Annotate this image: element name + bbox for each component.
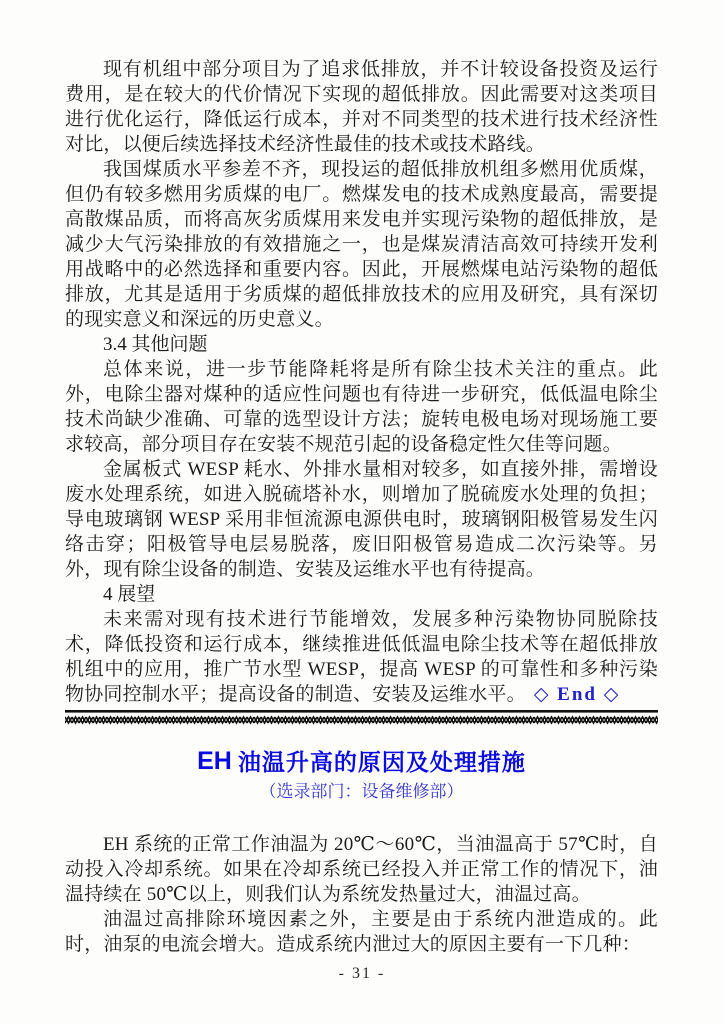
article-title-prefix: EH <box>197 747 232 775</box>
paragraph: EH 系统的正常工作油温为 20℃～60℃，当油温高于 57℃时，自动投入冷却系… <box>65 832 658 907</box>
page-number: - 31 - <box>339 965 386 982</box>
paragraph: 我国煤质水平参差不齐，现投运的超低排放机组多燃用优质煤，但仍有较多燃用劣质煤的电… <box>65 157 658 332</box>
article-subtitle: （选录部门：设备维修部） <box>65 780 658 804</box>
section-heading-outlook: 4 展望 <box>65 582 658 607</box>
next-article-start: EH油温升高的原因及处理措施 （选录部门：设备维修部） EH 系统的正常工作油温… <box>65 747 658 957</box>
paragraph: 金属板式 WESP 耗水、外排水量相对较多，如直接外排，需增设废水处理系统，如进… <box>65 457 658 582</box>
article-end-mark: ◇ End ◇ <box>534 684 621 705</box>
article-title-main: 油温升高的原因及处理措施 <box>238 749 526 775</box>
previous-article-end: 现有机组中部分项目为了追求低排放，并不计较设备投资及运行费用，是在较大的代价情况… <box>65 57 658 707</box>
paragraph: 现有机组中部分项目为了追求低排放，并不计较设备投资及运行费用，是在较大的代价情况… <box>65 57 658 157</box>
section-heading-other-issues: 3.4 其他问题 <box>65 332 658 357</box>
zigzag-divider <box>65 710 658 726</box>
article-title: EH油温升高的原因及处理措施 <box>65 747 658 778</box>
article-body: EH 系统的正常工作油温为 20℃～60℃，当油温高于 57℃时，自动投入冷却系… <box>65 832 658 957</box>
article-header: EH油温升高的原因及处理措施 （选录部门：设备维修部） <box>65 747 658 804</box>
paragraph: 油温过高排除环境因素之外，主要是由于系统内泄造成的。此时，油泵的电流会增大。造成… <box>65 907 658 957</box>
page-footer: - 31 - <box>0 965 724 983</box>
zigzag-divider-graphic <box>65 710 658 726</box>
document-page: 现有机组中部分项目为了追求低排放，并不计较设备投资及运行费用，是在较大的代价情况… <box>0 0 724 1024</box>
paragraph-with-end-mark: 未来需对现有技术进行节能增效，发展多种污染物协同脱除技术，降低投资和运行成本，继… <box>65 607 658 707</box>
paragraph: 总体来说，进一步节能降耗将是所有除尘技术关注的重点。此外，电除尘器对煤种的适应性… <box>65 357 658 457</box>
